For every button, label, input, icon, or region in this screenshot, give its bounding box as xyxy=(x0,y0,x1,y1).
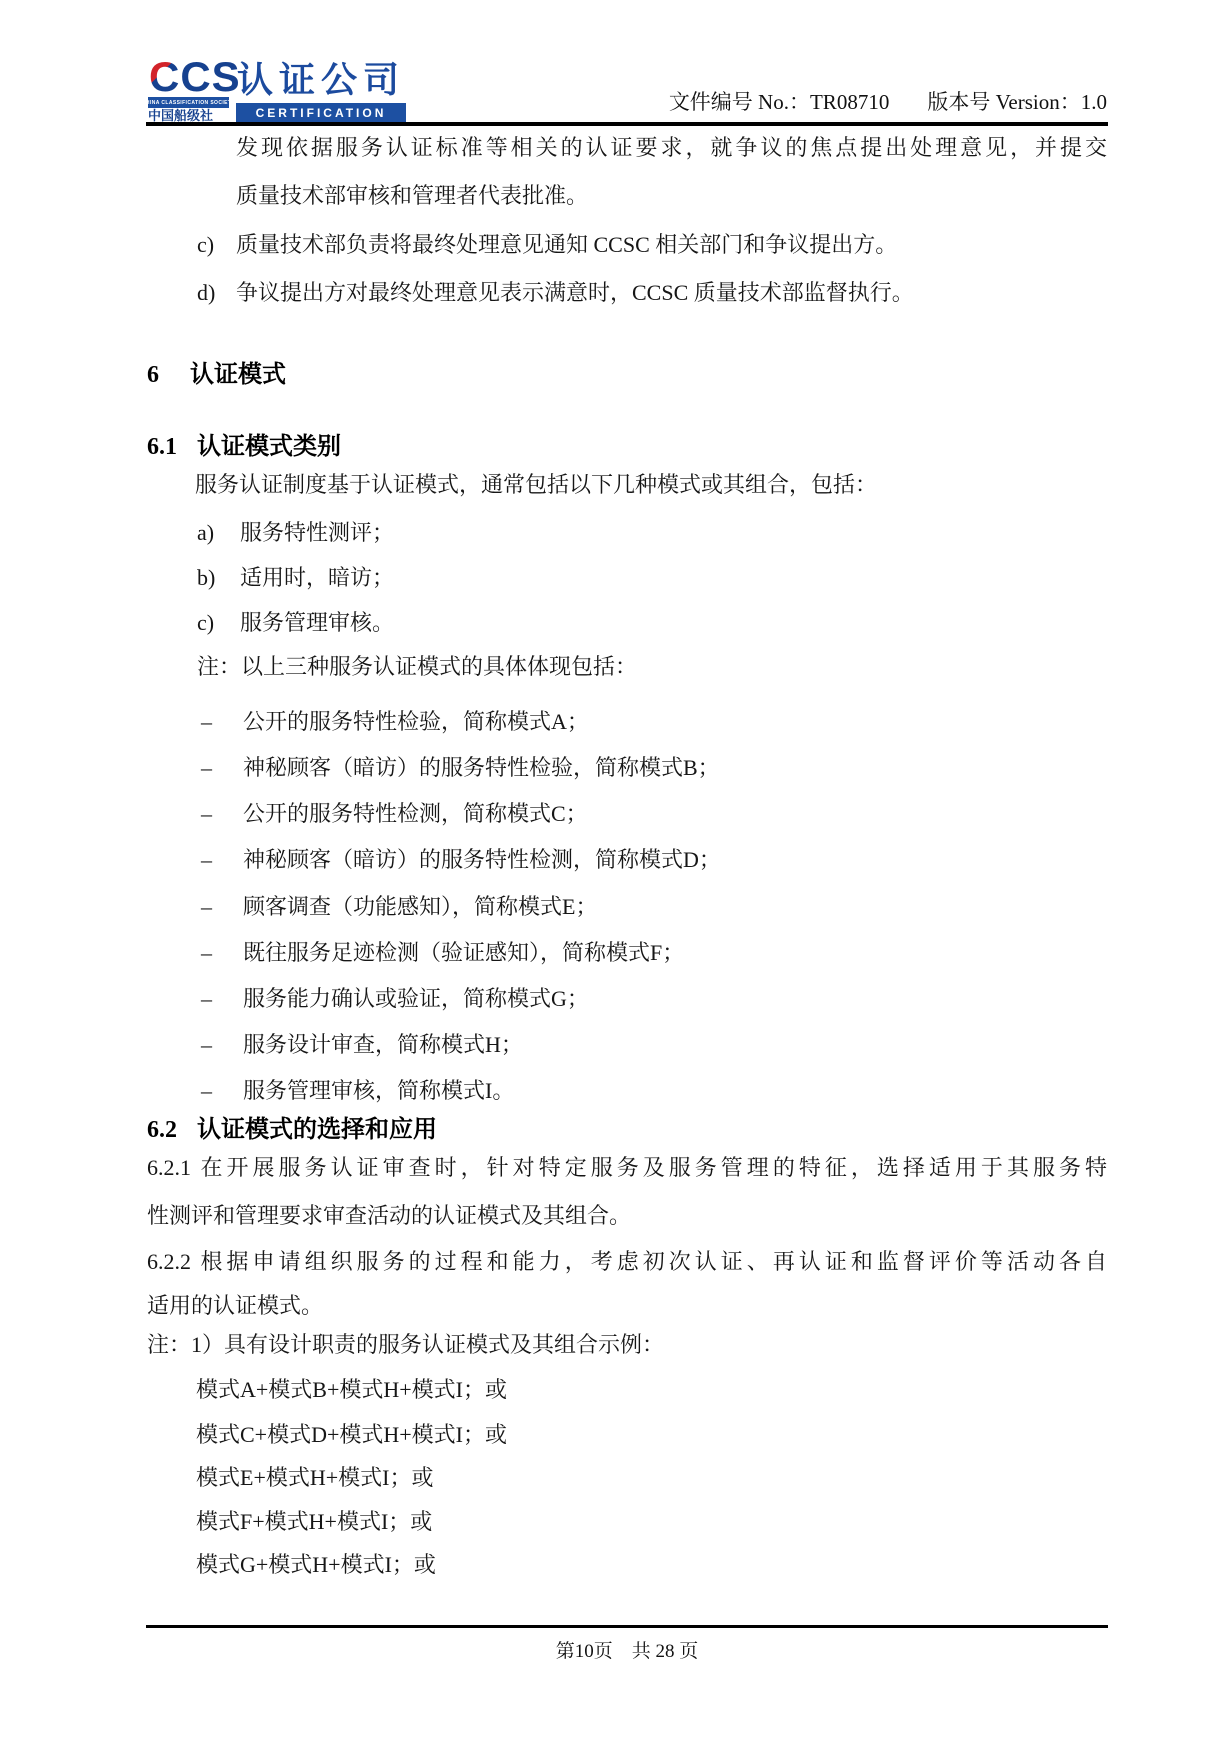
section-title: 认证模式 xyxy=(190,362,286,388)
paragraph-line: 6.2.2 根据申请组织服务的过程和能力，考虑初次认证、再认证和监督评价等活动各… xyxy=(147,1249,1107,1275)
list-item-label: d) xyxy=(197,280,236,306)
paragraph-line: 质量技术部审核和管理者代表批准。 xyxy=(236,183,588,209)
dash-bullet: – xyxy=(201,1078,243,1104)
combo-line: 模式A+模式B+模式H+模式I；或 xyxy=(196,1377,507,1403)
dash-bullet: – xyxy=(201,986,243,1012)
dash-bullet: – xyxy=(201,1032,243,1058)
document-meta: 文件编号 No.：TR08710版本号 Version：1.0 xyxy=(669,90,1107,114)
paragraph-line: 发现依据服务认证标准等相关的认证要求，就争议的焦点提出处理意见，并提交 xyxy=(236,135,1107,161)
mode-item: –服务设计审查，简称模式H； xyxy=(201,1032,523,1058)
list-item-text: 争议提出方对最终处理意见表示满意时，CCSC 质量技术部监督执行。 xyxy=(236,280,914,305)
doc-no-label: 文件编号 No.： xyxy=(669,90,810,114)
document-page: CCS CHINA CLASSIFICATION SOCIETY 中国船级社 认… xyxy=(0,0,1232,1743)
mode-item: –神秘顾客（暗访）的服务特性检验，简称模式B； xyxy=(201,755,720,781)
version-value: 1.0 xyxy=(1081,90,1107,114)
list-item: b)适用时，暗访； xyxy=(197,565,394,591)
list-item: d)争议提出方对最终处理意见表示满意时，CCSC 质量技术部监督执行。 xyxy=(197,280,914,306)
mode-item: –公开的服务特性检测，简称模式C； xyxy=(201,801,588,827)
dash-bullet: – xyxy=(201,801,243,827)
paragraph-line: 服务认证制度基于认证模式，通常包括以下几种模式或其组合，包括： xyxy=(195,472,877,498)
dash-bullet: – xyxy=(201,755,243,781)
section-heading-6-1: 6.1认证模式类别 xyxy=(147,434,341,460)
ccs-society-cn: 中国船级社 xyxy=(148,108,229,123)
section-number: 6.1 xyxy=(147,434,197,460)
mode-item-text: 顾客调查（功能感知），简称模式E； xyxy=(243,894,597,919)
combo-line: 模式C+模式D+模式H+模式I；或 xyxy=(196,1422,507,1448)
section-title: 认证模式的选择和应用 xyxy=(197,1117,437,1143)
list-item-label: c) xyxy=(197,610,240,636)
version-label: 版本号 Version： xyxy=(927,90,1080,114)
section-title: 认证模式类别 xyxy=(197,434,341,460)
list-item-text: 适用时，暗访； xyxy=(240,565,394,590)
dash-bullet: – xyxy=(201,894,243,920)
list-item-text: 服务管理审核。 xyxy=(240,610,394,635)
mode-item-text: 公开的服务特性检测，简称模式C； xyxy=(243,801,588,826)
list-item: c)质量技术部负责将最终处理意见通知 CCSC 相关部门和争议提出方。 xyxy=(197,232,897,258)
note-line: 注：1）具有设计职责的服务认证模式及其组合示例： xyxy=(147,1332,664,1358)
mode-item-text: 公开的服务特性检验，简称模式A； xyxy=(243,709,589,734)
header-rule xyxy=(146,122,1108,126)
mode-item: –服务能力确认或验证，简称模式G； xyxy=(201,986,589,1012)
dash-bullet: – xyxy=(201,709,243,735)
section-number: 6.2 xyxy=(147,1117,197,1143)
mode-item-text: 神秘顾客（暗访）的服务特性检测，简称模式D； xyxy=(243,847,721,872)
paragraph-line: 适用的认证模式。 xyxy=(147,1293,323,1319)
list-item-label: b) xyxy=(197,565,240,591)
mode-item-text: 服务能力确认或验证，简称模式G； xyxy=(243,986,589,1011)
mode-item-text: 服务设计审查，简称模式H； xyxy=(243,1032,523,1057)
mode-item-text: 服务管理审核，简称模式I。 xyxy=(243,1078,514,1103)
dash-bullet: – xyxy=(201,847,243,873)
mode-item: –既往服务足迹检测（验证感知），简称模式F； xyxy=(201,940,684,966)
footer-rule xyxy=(146,1625,1108,1628)
list-item: c)服务管理审核。 xyxy=(197,610,394,636)
mode-item: –顾客调查（功能感知），简称模式E； xyxy=(201,894,597,920)
combo-line: 模式E+模式H+模式I；或 xyxy=(196,1465,433,1491)
paragraph-line: 6.2.1 在开展服务认证审查时，针对特定服务及服务管理的特征，选择适用于其服务… xyxy=(147,1155,1107,1181)
mode-item: –公开的服务特性检验，简称模式A； xyxy=(201,709,589,735)
section-heading-6-2: 6.2认证模式的选择和应用 xyxy=(147,1117,437,1143)
list-item-text: 质量技术部负责将最终处理意见通知 CCSC 相关部门和争议提出方。 xyxy=(236,232,897,257)
section-heading-6: 6认证模式 xyxy=(147,362,286,388)
certification-banner: CERTIFICATION xyxy=(236,103,406,123)
note-line: 注：以上三种服务认证模式的具体体现包括： xyxy=(197,654,637,680)
certification-company-cn: 认证公司 xyxy=(237,60,405,100)
mode-item-text: 既往服务足迹检测（验证感知），简称模式F； xyxy=(243,940,684,965)
ccs-society-en-banner: CHINA CLASSIFICATION SOCIETY xyxy=(148,97,229,108)
dash-bullet: – xyxy=(201,940,243,966)
list-item-label: c) xyxy=(197,232,236,258)
list-item: a)服务特性测评； xyxy=(197,520,394,546)
page-number: 第10页 共 28 页 xyxy=(147,1636,1107,1663)
combo-line: 模式F+模式H+模式I；或 xyxy=(196,1509,432,1535)
section-number: 6 xyxy=(147,362,190,388)
combo-line: 模式G+模式H+模式I；或 xyxy=(196,1552,436,1578)
list-item-text: 服务特性测评； xyxy=(240,520,394,545)
paragraph-line: 性测评和管理要求审查活动的认证模式及其组合。 xyxy=(147,1203,631,1229)
mode-item: –服务管理审核，简称模式I。 xyxy=(201,1078,514,1104)
doc-no-value: TR08710 xyxy=(810,90,889,114)
mode-item-text: 神秘顾客（暗访）的服务特性检验，简称模式B； xyxy=(243,755,720,780)
ccs-logo: CCS xyxy=(149,58,241,96)
mode-item: –神秘顾客（暗访）的服务特性检测，简称模式D； xyxy=(201,847,721,873)
list-item-label: a) xyxy=(197,520,240,546)
